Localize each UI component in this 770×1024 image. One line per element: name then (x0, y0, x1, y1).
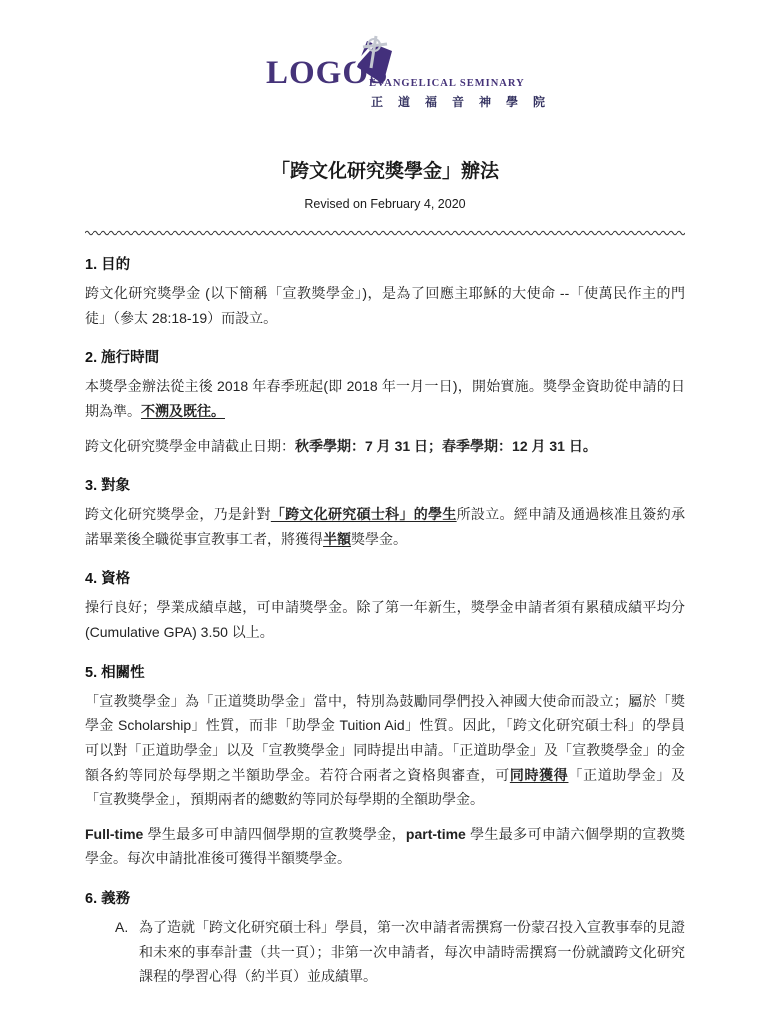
text-run-bold-underline: 「跨文化研究碩士科」的學生 (271, 506, 457, 522)
section-purpose: 1. 目的 跨文化研究獎學金 (以下簡稱「宣教獎學金」)，是為了回應主耶穌的大使… (85, 253, 685, 330)
paragraph-deadline: 跨文化研究獎學金申請截止日期：秋季學期：7 月 31 日；春季學期：12 月 3… (85, 434, 685, 459)
page-title: 「跨文化研究獎學金」辦法 (85, 156, 685, 183)
wavy-divider (85, 229, 685, 237)
paragraph: 跨文化研究獎學金 (以下簡稱「宣教獎學金」)，是為了回應主耶穌的大使命 --「使… (85, 281, 685, 330)
paragraph: 操行良好；學業成績卓越，可申請獎學金。除了第一年新生，獎學金申請者須有累積成績平… (85, 595, 685, 644)
section-heading: 4. 資格 (85, 567, 685, 588)
text-run: 跨文化研究獎學金申請截止日期： (85, 438, 295, 454)
text-run-bold: part-time (406, 826, 466, 842)
section-heading: 2. 施行時間 (85, 346, 685, 367)
list-item-a: A. 為了造就「跨文化研究碩士科」學員，第一次申請者需撰寫一份蒙召投入宣教事奉的… (115, 915, 685, 989)
text-run-bold-underline: 同時獲得 (510, 767, 569, 783)
section-effective-period: 2. 施行時間 本獎學金辦法從主後 2018 年春季班起(即 2018 年一月一… (85, 346, 685, 458)
section-qualifications: 4. 資格 操行良好；學業成績卓越，可申請獎學金。除了第一年新生，獎學金申請者須… (85, 567, 685, 644)
text-run: 獎學金。 (351, 531, 407, 547)
text-run: 跨文化研究獎學金 (以下簡稱「宣教獎學金」)，是為了回應主耶穌的大使命 --「使… (85, 285, 685, 326)
paragraph: 跨文化研究獎學金，乃是針對「跨文化研究碩士科」的學生所設立。經申請及通過核准且簽… (85, 502, 685, 551)
text-run: 學生最多可申請四個學期的宣教獎學金， (143, 826, 406, 842)
logo-subtitle-english: EVANGELICAL SEMINARY (369, 78, 525, 89)
seminary-logo: LOGOS EVANGELICAL SEMINARY 正 道 福 音 神 學 院 (0, 0, 770, 118)
section-obligations: 6. 義務 A. 為了造就「跨文化研究碩士科」學員，第一次申請者需撰寫一份蒙召投… (85, 887, 685, 989)
section-heading: 5. 相關性 (85, 661, 685, 682)
section-relation: 5. 相關性 「宣教獎學金」為「正道獎助學金」當中，特別為鼓勵同學們投入神國大使… (85, 661, 685, 871)
paragraph: Full-time 學生最多可申請四個學期的宣教獎學金，part-time 學生… (85, 822, 685, 871)
section-heading: 3. 對象 (85, 474, 685, 495)
document-body: 「跨文化研究獎學金」辦法 Revised on February 4, 2020… (0, 156, 770, 989)
section-eligible-students: 3. 對象 跨文化研究獎學金，乃是針對「跨文化研究碩士科」的學生所設立。經申請及… (85, 474, 685, 551)
paragraph: 「宣教獎學金」為「正道獎助學金」當中，特別為鼓勵同學們投入神國大使命而設立；屬於… (85, 689, 685, 812)
text-run-bold: Full-time (85, 826, 143, 842)
text-run: 跨文化研究獎學金，乃是針對 (85, 506, 271, 522)
text-run-bold-underline: 半額 (323, 531, 351, 547)
list-item-text: 為了造就「跨文化研究碩士科」學員，第一次申請者需撰寫一份蒙召投入宣教事奉的見證和… (139, 915, 685, 989)
section-heading: 6. 義務 (85, 887, 685, 908)
document-page: LOGOS EVANGELICAL SEMINARY 正 道 福 音 神 學 院… (0, 0, 770, 1024)
text-run-bold-underline: 不溯及既往。 (141, 403, 225, 419)
list-item-label: A. (115, 915, 139, 989)
text-run: 操行良好；學業成績卓越，可申請獎學金。除了第一年新生，獎學金申請者須有累積成績平… (85, 599, 685, 640)
revision-date: Revised on February 4, 2020 (85, 197, 685, 211)
section-heading: 1. 目的 (85, 253, 685, 274)
paragraph: 本獎學金辦法從主後 2018 年春季班起(即 2018 年一月一日)，開始實施。… (85, 374, 685, 423)
logo-subtitle-chinese: 正 道 福 音 神 學 院 (371, 93, 551, 110)
text-run-bold: 秋季學期：7 月 31 日；春季學期：12 月 31 日。 (295, 438, 597, 454)
